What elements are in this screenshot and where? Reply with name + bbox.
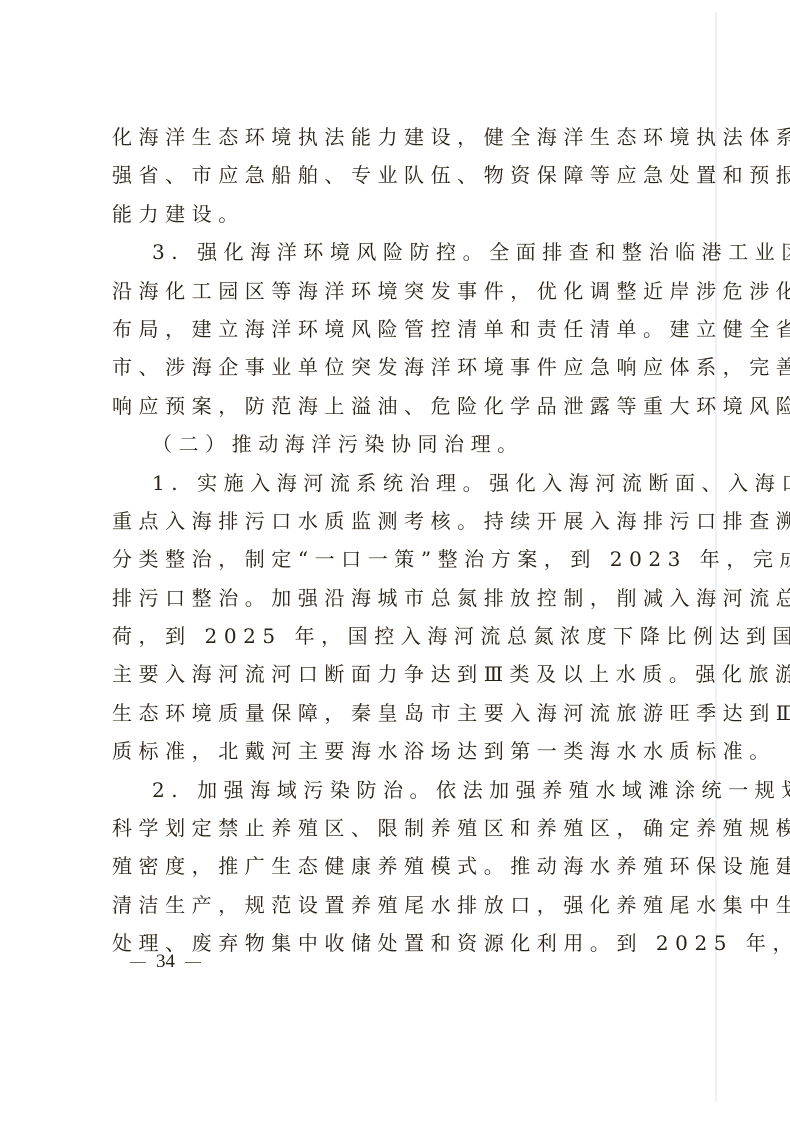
text-line: 响应预案，防范海上溢油、危险化学品泄露等重大环境风险。: [112, 387, 682, 425]
text-line: 市、涉海企事业单位突发海洋环境事件应急响应体系，完善应急: [112, 348, 682, 386]
text-line: 分类整治，制定“一口一策”整治方案，到 2023 年，完成入海: [112, 540, 682, 578]
text-line: 能力建设。: [112, 195, 682, 233]
text-line: 沿海化工园区等海洋环境突发事件，优化调整近岸涉危涉化企业: [112, 272, 682, 310]
subsection-heading-2: 2. 加强海域污染防治。依法加强养殖水域滩涂统一规划，: [112, 771, 682, 809]
text-line: 化海洋生态环境执法能力建设，健全海洋生态环境执法体系。加: [112, 118, 682, 156]
document-page: 化海洋生态环境执法能力建设，健全海洋生态环境执法体系。加 强省、市应急船舶、专业…: [0, 0, 790, 1124]
dash-left: [130, 962, 146, 963]
text-line: 强省、市应急船舶、专业队伍、物资保障等应急处置和预报预警: [112, 156, 682, 194]
text-line: 主要入海河流河口断面力争达到Ⅲ类及以上水质。强化旅游旺季: [112, 655, 682, 693]
text-line: 质标准，北戴河主要海水浴场达到第一类海水水质标准。: [112, 732, 682, 770]
dash-right: [185, 962, 201, 963]
text-line: 殖密度，推广生态健康养殖模式。推动海水养殖环保设施建设与: [112, 847, 682, 885]
text-line: 布局，建立海洋环境风险管控清单和责任清单。建立健全省、: [112, 310, 682, 348]
text-line: 清洁生产，规范设置养殖尾水排放口，强化养殖尾水集中生态化: [112, 886, 682, 924]
text-line: 生态环境质量保障，秦皇岛市主要入海河流旅游旺季达到Ⅲ类水: [112, 694, 682, 732]
body-text: 化海洋生态环境执法能力建设，健全海洋生态环境执法体系。加 强省、市应急船舶、专业…: [112, 118, 682, 963]
page-number: 34: [120, 951, 211, 973]
text-line: 荷，到 2025 年，国控入海河流总氮浓度下降比例达到国家要求，: [112, 617, 682, 655]
section-heading-2: （二）推动海洋污染协同治理。: [112, 425, 682, 463]
subsection-heading-1: 1. 实施入海河流系统治理。强化入海河流断面、入海口和: [112, 464, 682, 502]
text-line: 排污口整治。加强沿海城市总氮排放控制，削减入海河流总氮负: [112, 579, 682, 617]
text-line: 科学划定禁止养殖区、限制养殖区和养殖区，确定养殖规模和养: [112, 809, 682, 847]
section-heading-3: 3. 强化海洋环境风险防控。全面排查和整治临港工业区、: [112, 233, 682, 271]
page-number-value: 34: [156, 951, 175, 972]
text-line: 重点入海排污口水质监测考核。持续开展入海排污口排查溯源和: [112, 502, 682, 540]
